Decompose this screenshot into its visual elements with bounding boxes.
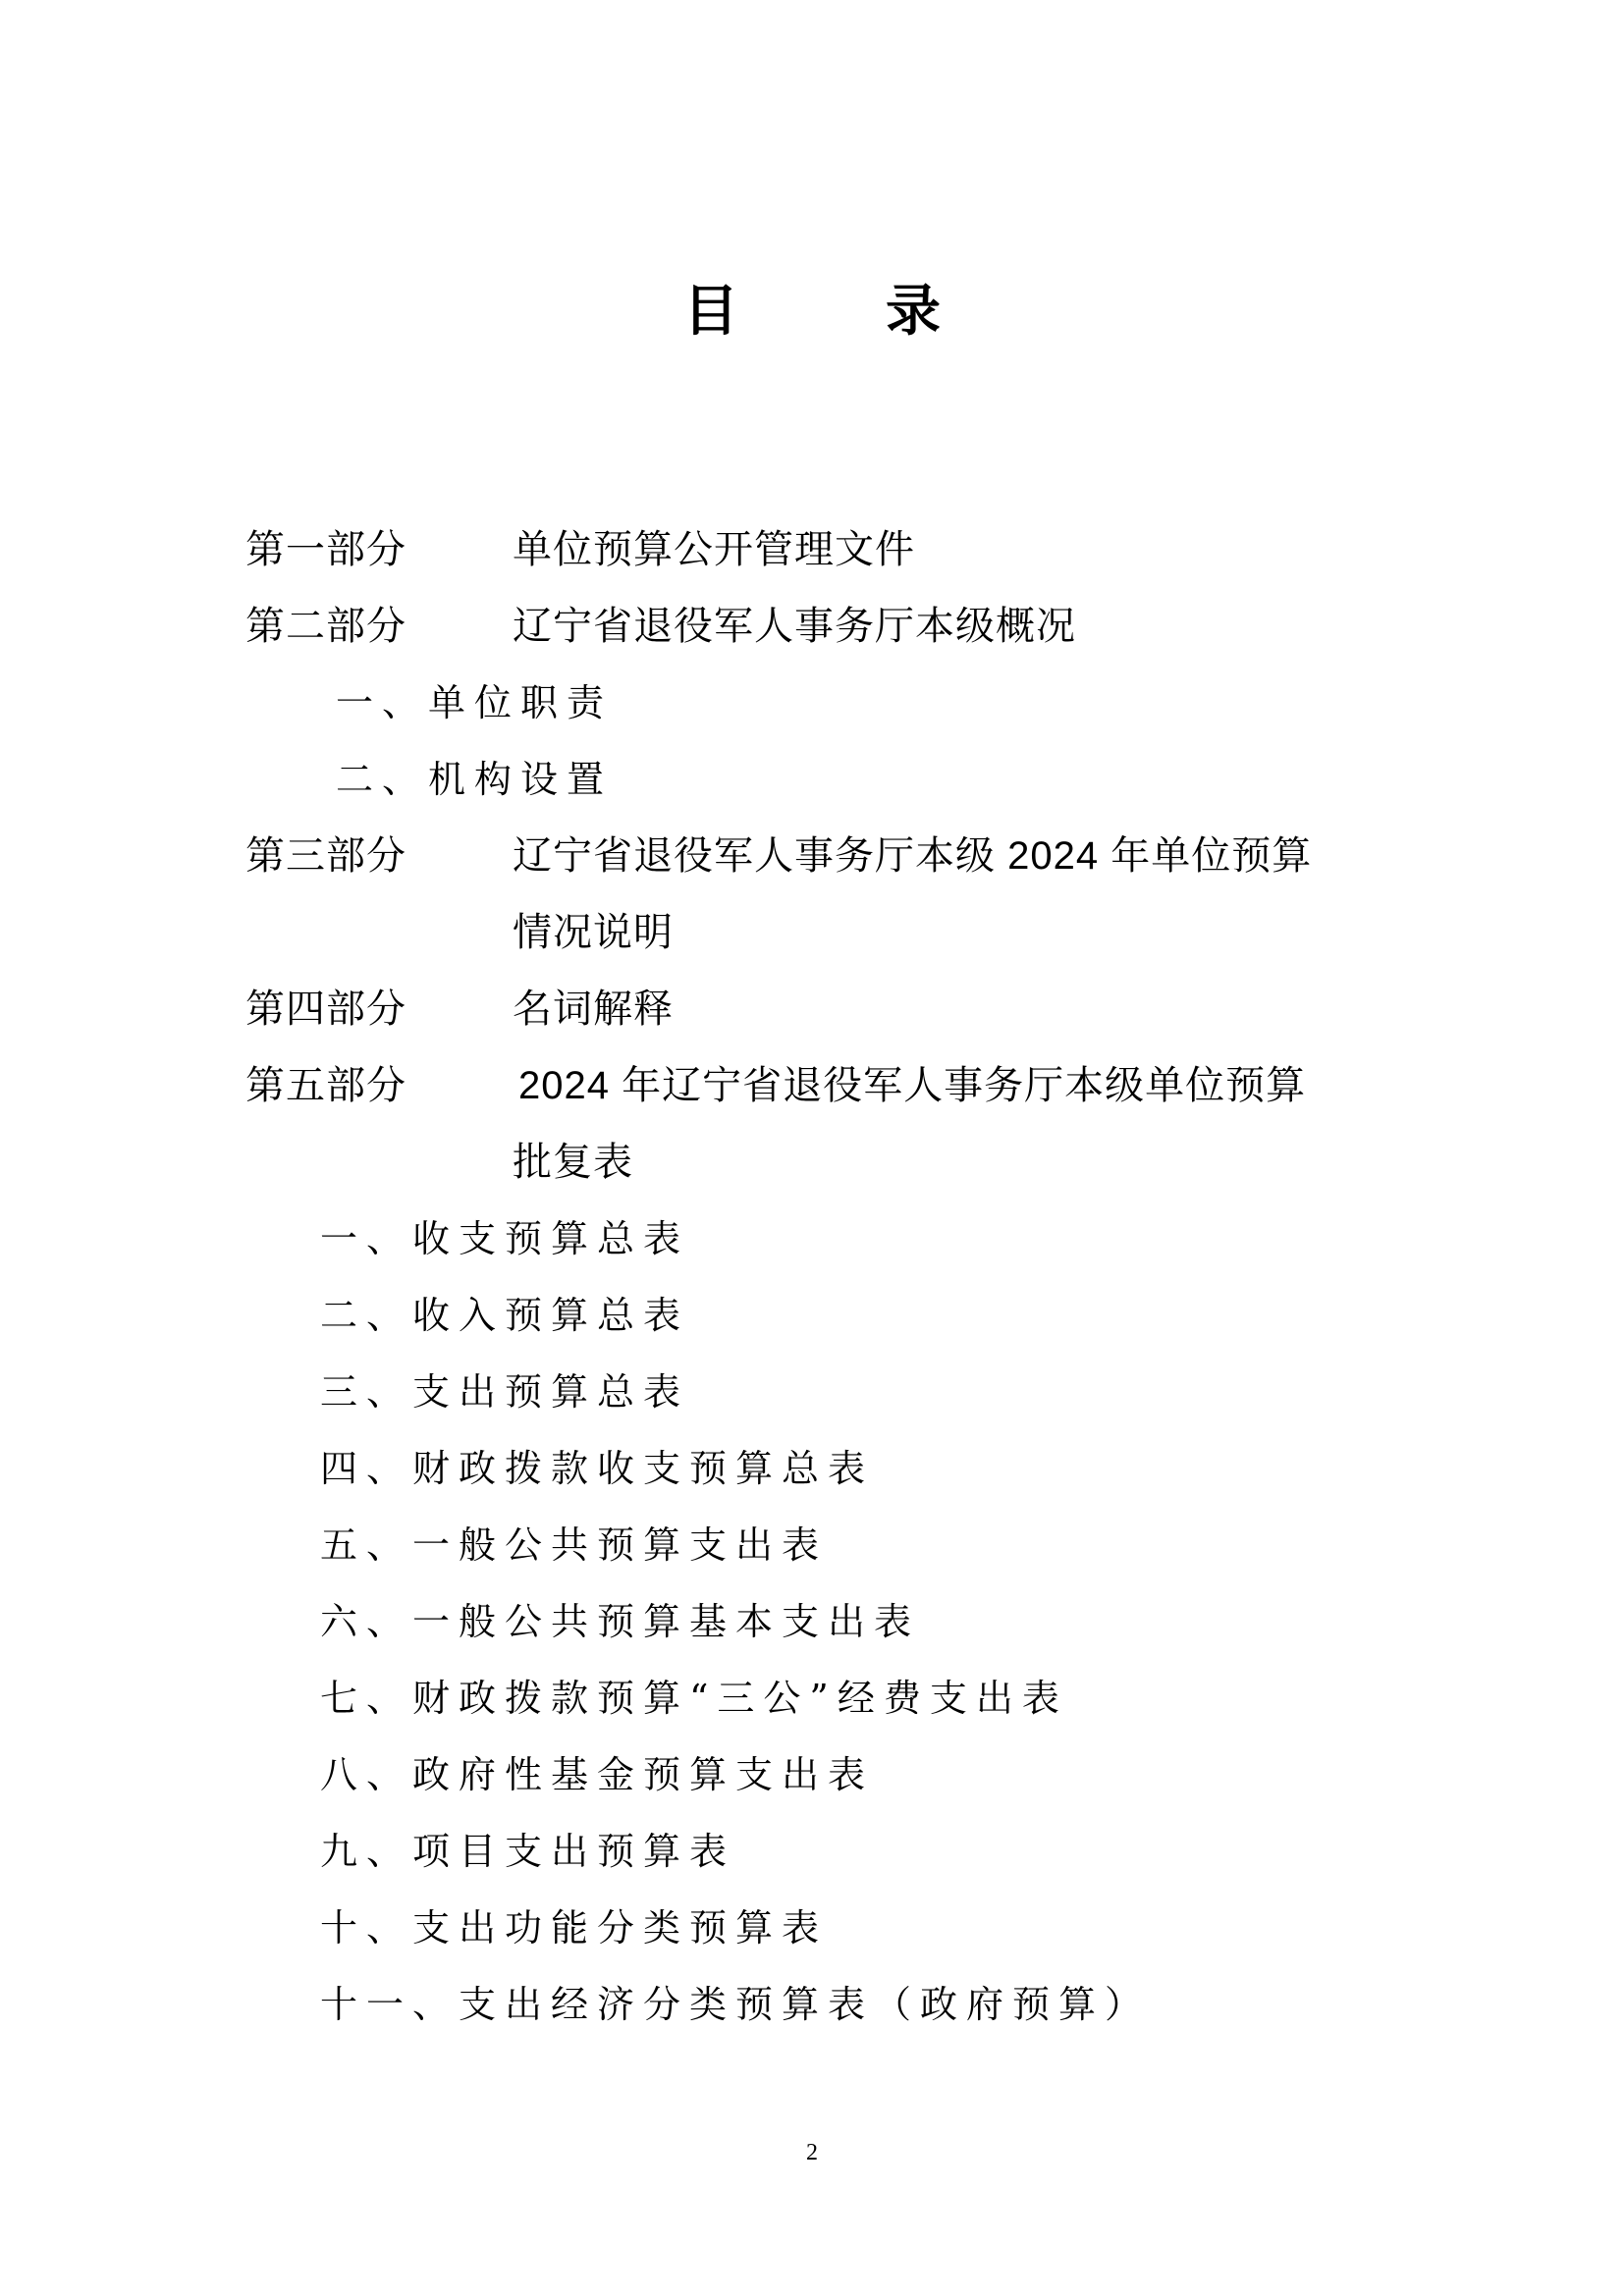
toc-part-5-item-2[interactable]: 二、收入预算总表 bbox=[0, 1286, 1624, 1345]
subitem-label: 十一、支出经济分类预算表（政府预算） bbox=[320, 1975, 1151, 2034]
subitem-label: 十、支出功能分类预算表 bbox=[320, 1898, 828, 1957]
toc-part-5-item-9[interactable]: 九、项目支出预算表 bbox=[0, 1822, 1624, 1881]
part-title-line-1: 2024 年辽宁省退役军人事务厅本级单位预算 bbox=[518, 1056, 1306, 1115]
toc-part-2-item-1[interactable]: 一、单位职责 bbox=[0, 673, 1624, 732]
toc-part-5-item-10[interactable]: 十、支出功能分类预算表 bbox=[0, 1898, 1624, 1957]
toc-part-5-continued[interactable]: 批复表 bbox=[0, 1133, 1624, 1192]
toc-part-2-item-2[interactable]: 二、机构设置 bbox=[0, 750, 1624, 809]
subitem-label: 一、单位职责 bbox=[336, 673, 613, 732]
toc-part-3-continued[interactable]: 情况说明 bbox=[0, 903, 1624, 962]
subitem-label: 三、支出预算总表 bbox=[320, 1362, 689, 1421]
subitem-label: 五、一般公共预算支出表 bbox=[320, 1516, 828, 1575]
toc-part-1[interactable]: 第一部分 单位预算公开管理文件 bbox=[0, 520, 1624, 579]
toc-part-5[interactable]: 第五部分 2024 年辽宁省退役军人事务厅本级单位预算 bbox=[0, 1056, 1624, 1115]
subitem-label: 二、收入预算总表 bbox=[320, 1286, 689, 1345]
page-number: 2 bbox=[0, 2140, 1624, 2166]
toc-part-4[interactable]: 第四部分 名词解释 bbox=[0, 980, 1624, 1039]
subitem-label: 一、收支预算总表 bbox=[320, 1209, 689, 1268]
toc-part-5-item-5[interactable]: 五、一般公共预算支出表 bbox=[0, 1516, 1624, 1575]
subitem-label: 六、一般公共预算基本支出表 bbox=[320, 1592, 920, 1651]
part-title: 辽宁省退役军人事务厅本级概况 bbox=[513, 597, 1076, 656]
table-of-contents: 第一部分 单位预算公开管理文件 第二部分 辽宁省退役军人事务厅本级概况 一、单位… bbox=[0, 0, 1624, 2296]
toc-part-5-item-4[interactable]: 四、财政拨款收支预算总表 bbox=[0, 1439, 1624, 1498]
part-label: 第三部分 bbox=[245, 827, 406, 885]
part-title-line-2: 批复表 bbox=[513, 1133, 633, 1192]
toc-part-5-item-11[interactable]: 十一、支出经济分类预算表（政府预算） bbox=[0, 1975, 1624, 2034]
toc-part-3[interactable]: 第三部分 辽宁省退役军人事务厅本级 2024 年单位预算 bbox=[0, 827, 1624, 885]
toc-part-5-item-8[interactable]: 八、政府性基金预算支出表 bbox=[0, 1745, 1624, 1804]
toc-part-5-item-7[interactable]: 七、财政拨款预算“三公”经费支出表 bbox=[0, 1669, 1624, 1728]
subitem-label: 八、政府性基金预算支出表 bbox=[320, 1745, 874, 1804]
subitem-label: 七、财政拨款预算“三公”经费支出表 bbox=[320, 1669, 1068, 1728]
part-label: 第五部分 bbox=[245, 1056, 406, 1115]
part-label: 第四部分 bbox=[245, 980, 406, 1039]
toc-part-5-item-6[interactable]: 六、一般公共预算基本支出表 bbox=[0, 1592, 1624, 1651]
toc-part-5-item-3[interactable]: 三、支出预算总表 bbox=[0, 1362, 1624, 1421]
subitem-label: 二、机构设置 bbox=[336, 750, 613, 809]
part-title-line-1: 辽宁省退役军人事务厅本级 2024 年单位预算 bbox=[513, 827, 1312, 885]
part-label: 第一部分 bbox=[245, 520, 406, 579]
part-label: 第二部分 bbox=[245, 597, 406, 656]
part-title: 单位预算公开管理文件 bbox=[513, 520, 915, 579]
part-title: 名词解释 bbox=[513, 980, 674, 1039]
toc-part-5-item-1[interactable]: 一、收支预算总表 bbox=[0, 1209, 1624, 1268]
toc-part-2[interactable]: 第二部分 辽宁省退役军人事务厅本级概况 bbox=[0, 597, 1624, 656]
subitem-label: 四、财政拨款收支预算总表 bbox=[320, 1439, 874, 1498]
part-title-line-2: 情况说明 bbox=[513, 903, 674, 962]
subitem-label: 九、项目支出预算表 bbox=[320, 1822, 735, 1881]
